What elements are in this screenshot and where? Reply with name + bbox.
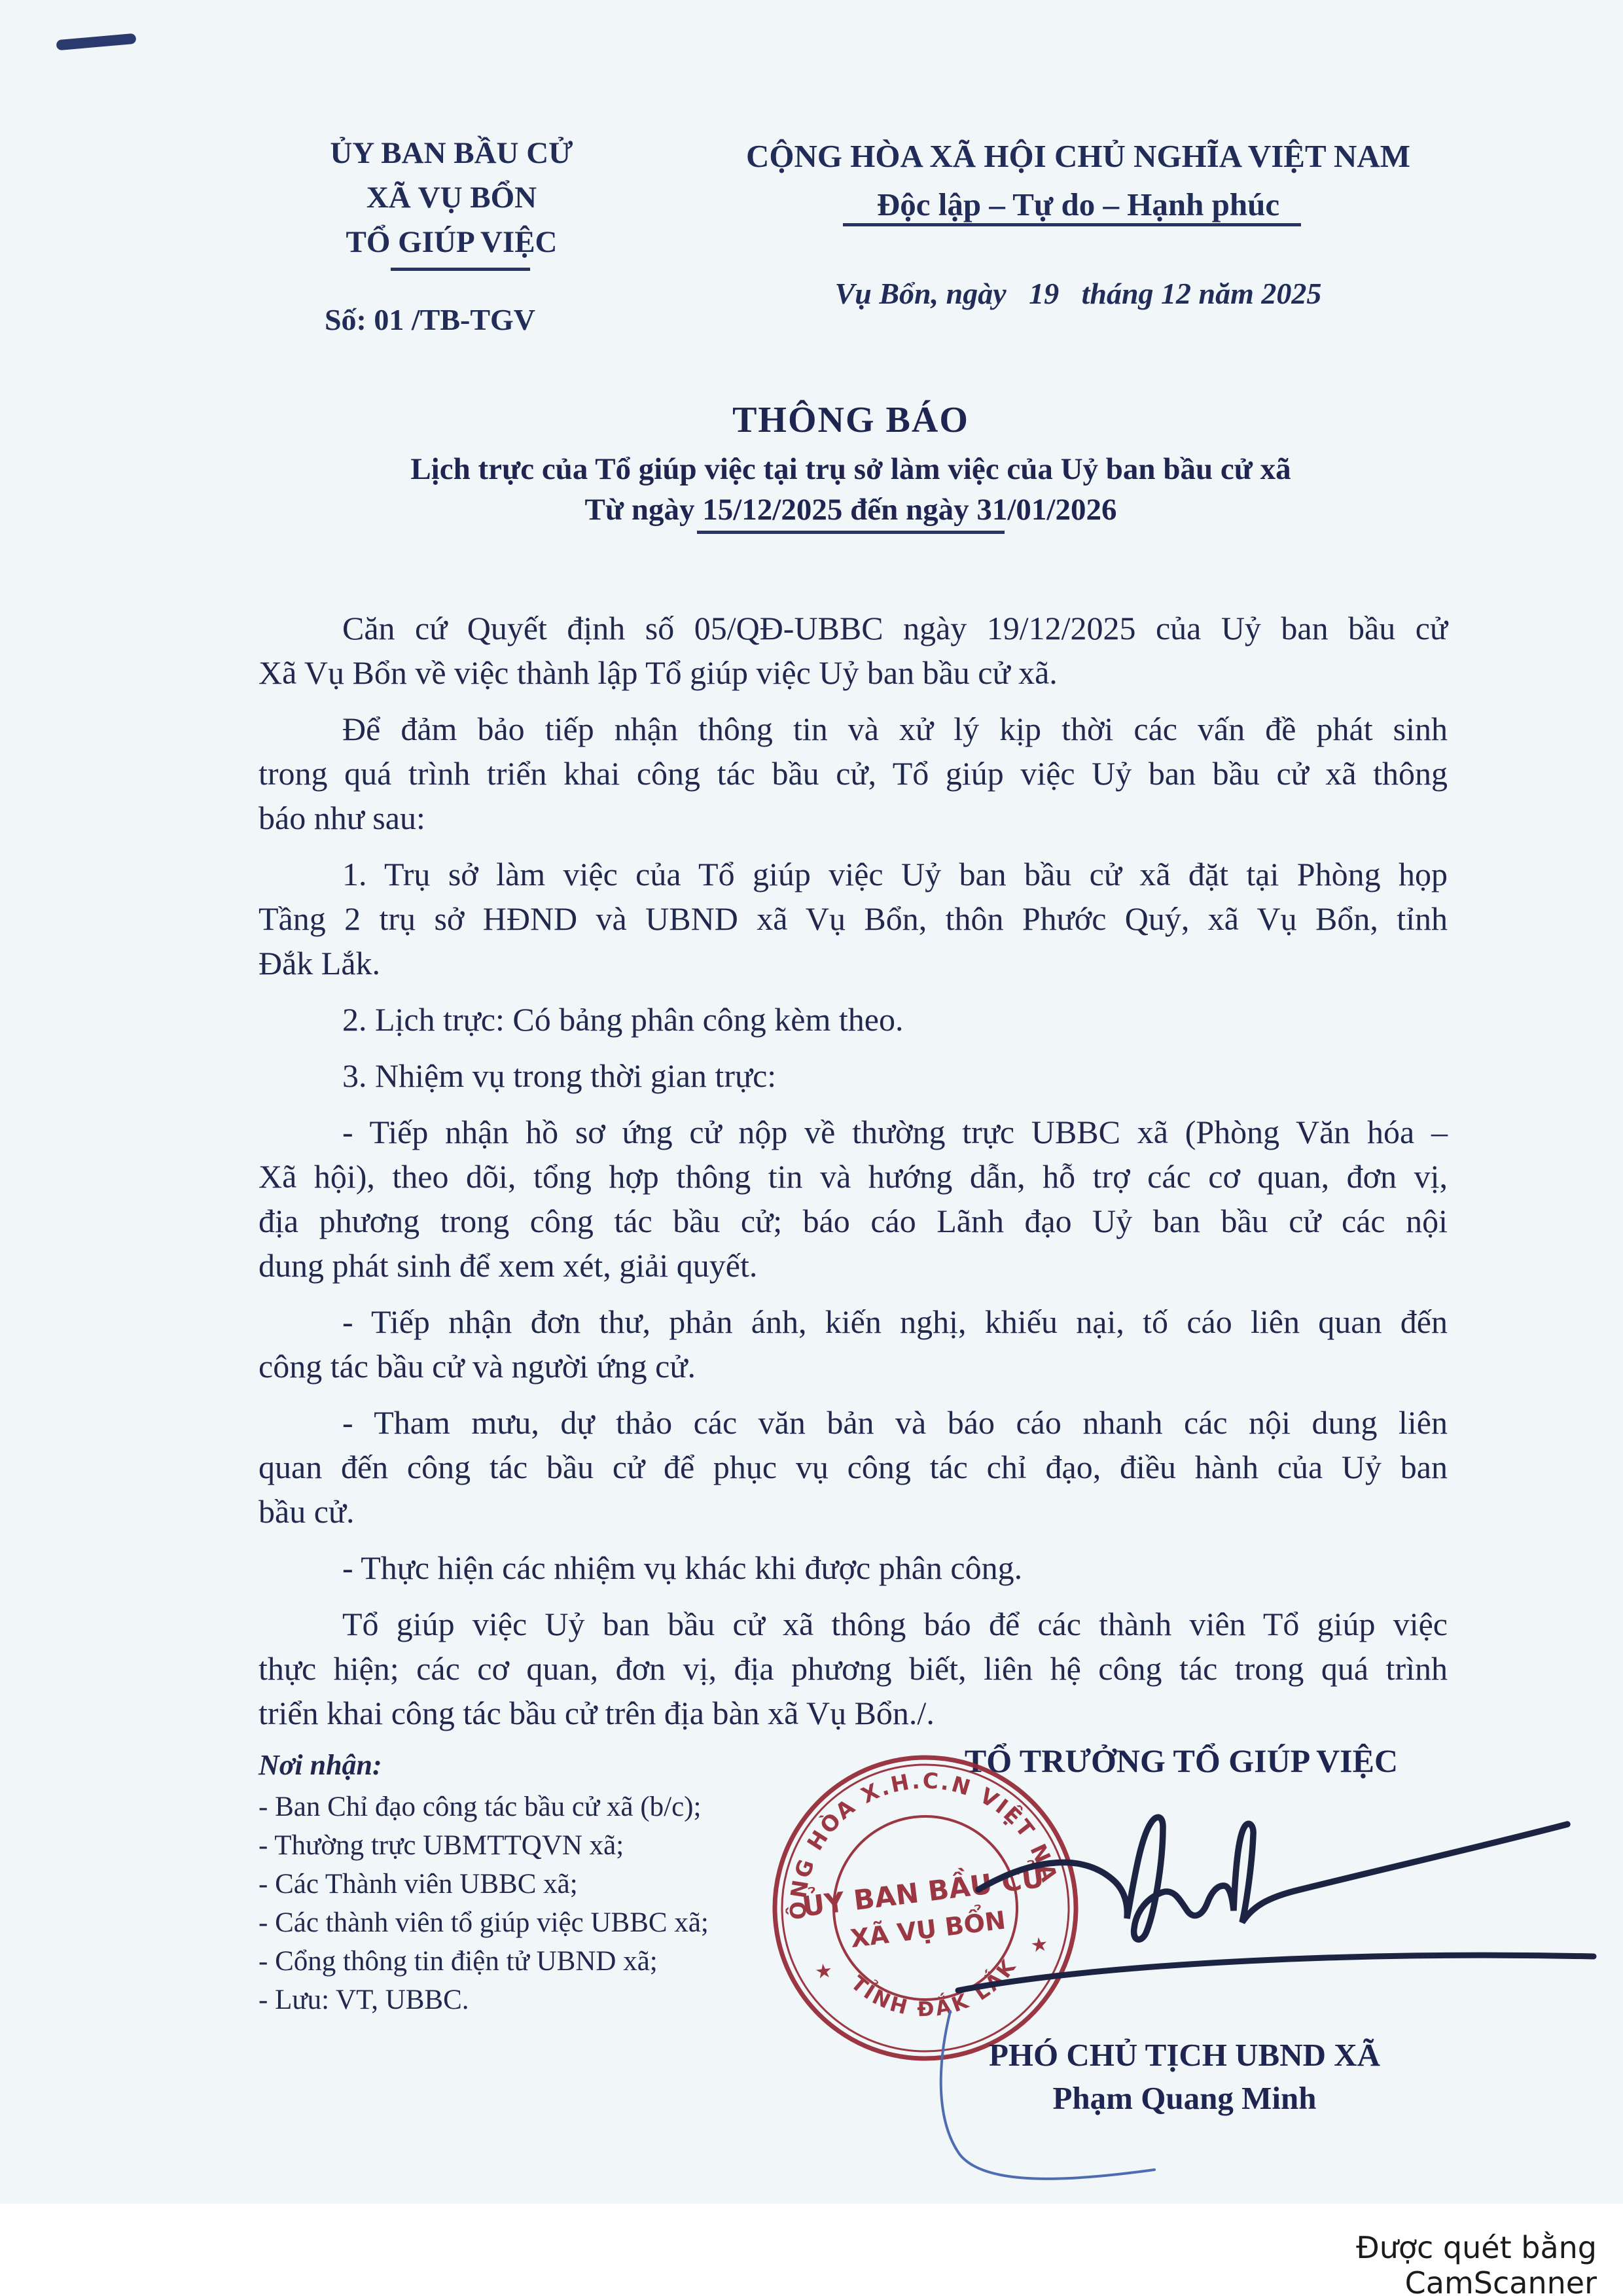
recipient-item: - Thường trực UBMTTQVN xã;	[259, 1826, 847, 1865]
paragraph: 2. Lịch trực: Có bảng phân công kèm theo…	[259, 997, 1448, 1042]
paragraph: 3. Nhiệm vụ trong thời gian trực:	[259, 1053, 1448, 1098]
title-underline	[697, 531, 1005, 534]
body-line: Đắk Lắk.	[259, 941, 1448, 985]
body-line: Xã Vụ Bổn về việc thành lập Tổ giúp việc…	[259, 650, 1448, 695]
signer-name: Phạm Quang Minh	[949, 2079, 1420, 2117]
camscanner-note: Được quét bằng CamScanner	[1165, 2230, 1597, 2296]
national-motto-line2: Độc lập – Tự do – Hạnh phúc	[713, 186, 1443, 223]
body-line: - Tham mưu, dự thảo các văn bản và báo c…	[259, 1400, 1448, 1445]
body-line: bầu cử.	[259, 1489, 1448, 1534]
signature-stroke-upper	[978, 1817, 1567, 1939]
document-subtitle-line2: Từ ngày 15/12/2025 đến ngày 31/01/2026	[223, 492, 1479, 527]
handwritten-signature	[929, 1786, 1603, 2002]
recipient-item: - Các thành viên tổ giúp việc UBBC xã;	[259, 1903, 847, 1942]
recipients-list: - Ban Chỉ đạo công tác bầu cử xã (b/c); …	[259, 1788, 847, 2019]
issuing-org-block: ỦY BAN BẦU CỬ XÃ VỤ BỔN TỔ GIÚP VIỆC	[255, 131, 648, 264]
body-line: 1. Trụ sở làm việc của Tổ giúp việc Uỷ b…	[259, 852, 1448, 896]
pen-dash-mark	[56, 33, 137, 51]
paragraph: Căn cứ Quyết định số 05/QĐ-UBBC ngày 19/…	[259, 606, 1448, 695]
body-line: - Tiếp nhận đơn thư, phản ánh, kiến nghị…	[259, 1299, 1448, 1344]
recipient-item: - Lưu: VT, UBBC.	[259, 1981, 847, 2019]
recipient-item: - Cổng thông tin điện tử UBND xã;	[259, 1942, 847, 1981]
body-line: Để đảm bảo tiếp nhận thông tin và xử lý …	[259, 707, 1448, 751]
paragraph: - Tiếp nhận đơn thư, phản ánh, kiến nghị…	[259, 1299, 1448, 1388]
body-line: Tổ giúp việc Uỷ ban bầu cử xã thông báo …	[259, 1602, 1448, 1646]
document-number: Số: 01 /TB-TGV	[234, 302, 626, 337]
national-motto-line1: CỘNG HÒA XÃ HỘI CHỦ NGHĨA VIỆT NAM	[713, 137, 1443, 175]
body-line: thực hiện; các cơ quan, đơn vị, địa phươ…	[259, 1646, 1448, 1691]
signer-position: PHÓ CHỦ TỊCH UBND XÃ	[949, 2036, 1420, 2074]
body-line: 3. Nhiệm vụ trong thời gian trực:	[259, 1053, 1448, 1098]
paragraph: - Tiếp nhận hồ sơ ứng cử nộp về thường t…	[259, 1110, 1448, 1288]
recipients-heading: Nơi nhận:	[259, 1748, 717, 1782]
paragraph: - Thực hiện các nhiệm vụ khác khi được p…	[259, 1545, 1448, 1590]
star-icon: ★	[813, 1960, 834, 1983]
body-line: Tầng 2 trụ sở HĐND và UBND xã Vụ Bổn, th…	[259, 896, 1448, 941]
org-name-line3: TỔ GIÚP VIỆC	[255, 220, 648, 264]
body-line: 2. Lịch trực: Có bảng phân công kèm theo…	[259, 997, 1448, 1042]
recipient-item: - Ban Chỉ đạo công tác bầu cử xã (b/c);	[259, 1788, 847, 1826]
body-line: trong quá trình triển khai công tác bầu …	[259, 751, 1448, 796]
body-line: quan đến công tác bầu cử để phục vụ công…	[259, 1445, 1448, 1489]
paragraph: 1. Trụ sở làm việc của Tổ giúp việc Uỷ b…	[259, 852, 1448, 985]
body-line: triển khai công tác bầu cử trên địa bàn …	[259, 1691, 1448, 1735]
body-line: báo như sau:	[259, 796, 1448, 840]
paragraph: - Tham mưu, dự thảo các văn bản và báo c…	[259, 1400, 1448, 1534]
body-line: - Tiếp nhận hồ sơ ứng cử nộp về thường t…	[259, 1110, 1448, 1154]
org-underline	[391, 268, 530, 271]
body-line: Xã hội), theo dõi, tổng hợp thông tin và…	[259, 1154, 1448, 1199]
body-line: dung phát sinh để xem xét, giải quyết.	[259, 1243, 1448, 1288]
body-line: công tác bầu cử và người ứng cử.	[259, 1344, 1448, 1388]
motto-underline	[843, 223, 1301, 226]
body-line: địa phương trong công tác bầu cử; báo cá…	[259, 1199, 1448, 1243]
paragraph: Để đảm bảo tiếp nhận thông tin và xử lý …	[259, 707, 1448, 840]
place-date-line: Vụ Bổn, ngày 19 tháng 12 năm 2025	[713, 276, 1443, 311]
body-line: Căn cứ Quyết định số 05/QĐ-UBBC ngày 19/…	[259, 606, 1448, 650]
scanned-document-page: ỦY BAN BẦU CỬ XÃ VỤ BỔN TỔ GIÚP VIỆC Số:…	[0, 0, 1623, 2296]
paragraph: Tổ giúp việc Uỷ ban bầu cử xã thông báo …	[259, 1602, 1448, 1735]
signature-stroke-lower	[958, 1955, 1594, 1990]
document-title: THÔNG BÁO	[223, 399, 1479, 441]
body-line: - Thực hiện các nhiệm vụ khác khi được p…	[259, 1545, 1448, 1590]
org-name-line2: XÃ VỤ BỔN	[255, 175, 648, 220]
recipient-item: - Các Thành viên UBBC xã;	[259, 1865, 847, 1903]
document-body: Căn cứ Quyết định số 05/QĐ-UBBC ngày 19/…	[259, 606, 1448, 1747]
document-subtitle-line1: Lịch trực của Tổ giúp việc tại trụ sở là…	[223, 451, 1479, 487]
org-name-line1: ỦY BAN BẦU CỬ	[255, 131, 648, 175]
